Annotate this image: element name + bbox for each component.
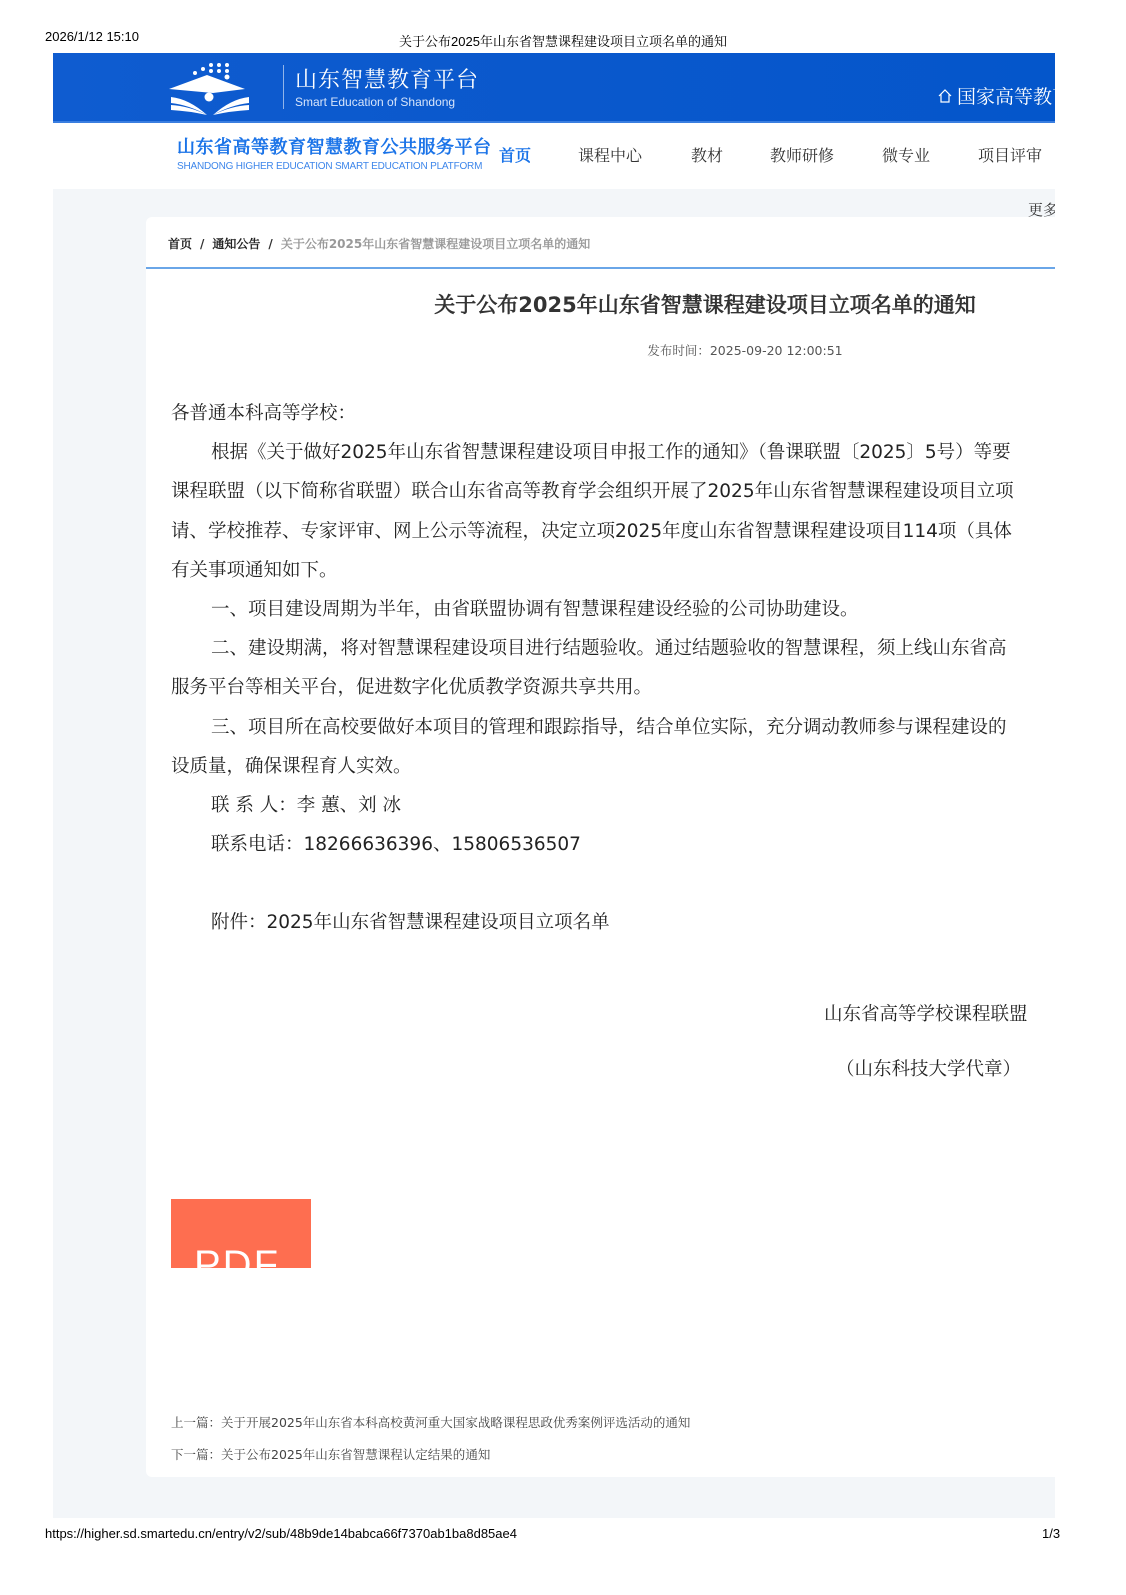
logo-divider xyxy=(283,65,284,109)
national-platform-label: 国家高等教育 xyxy=(957,82,1055,109)
print-header: 2026/1/12 15:10 关于公布2025年山东省智慧课程建设项目立项名单… xyxy=(0,0,1126,52)
home-icon xyxy=(937,88,953,104)
body-line: 有关事项通知如下。 xyxy=(171,551,1055,590)
national-platform-link[interactable]: 国家高等教育 xyxy=(937,82,1055,109)
contact-person: 联 系 人：李 蕙、刘 冰 xyxy=(171,786,1055,825)
pdf-icon-label: PDF xyxy=(194,1243,280,1268)
pdf-attachment-thumbnail[interactable]: PDF xyxy=(171,1199,311,1268)
article-body: 各普通本科高等学校： 根据《关于做好2025年山东省智慧课程建设项目申报工作的通… xyxy=(171,394,1055,943)
breadcrumb-current: 关于公布2025年山东省智慧课程建设项目立项名单的通知 xyxy=(281,237,590,251)
attachment-label: 附件：2025年山东省智慧课程建设项目立项名单 xyxy=(171,903,1055,942)
logo-title-cn[interactable]: 山东智慧教育平台 xyxy=(295,63,479,94)
prev-article-link[interactable]: 上一篇：关于开展2025年山东省本科高校黄河重大国家战略课程思政优秀案例评选活动… xyxy=(171,1413,690,1431)
signature-org: 山东省高等学校课程联盟 xyxy=(824,1000,1028,1026)
nav-item-micro-major[interactable]: 微专业 xyxy=(882,143,930,166)
print-page-number: 1/3 xyxy=(1042,1526,1060,1541)
salutation: 各普通本科高等学校： xyxy=(171,394,1055,433)
breadcrumb-separator: / xyxy=(200,237,204,251)
breadcrumb-home[interactable]: 首页 xyxy=(168,237,192,251)
publish-time: 发布时间：2025-09-20 12:00:51 xyxy=(146,341,1055,359)
platform-title-cn[interactable]: 山东省高等教育智慧教育公共服务平台 xyxy=(177,133,492,159)
item-3: 三、项目所在高校要做好本项目的管理和跟踪指导，结合单位实际，充分调动教师参与课程… xyxy=(171,708,1055,747)
body-line: 课程联盟（以下简称省联盟）联合山东省高等教育学会组织开展了2025年山东省智慧课… xyxy=(171,472,1055,511)
book-logo-icon[interactable] xyxy=(167,59,257,117)
print-footer: https://higher.sd.smartedu.cn/entry/v2/s… xyxy=(0,1518,1126,1595)
nav-item-course-center[interactable]: 课程中心 xyxy=(578,143,642,166)
article-title: 关于公布2025年山东省智慧课程建设项目立项名单的通知 xyxy=(146,289,1055,319)
next-article-link[interactable]: 下一篇：关于公布2025年山东省智慧课程认定结果的通知 xyxy=(171,1445,490,1463)
body-line: 请、学校推荐、专家评审、网上公示等流程，决定立项2025年度山东省智慧课程建设项… xyxy=(171,512,1055,551)
web-page: 山东智慧教育平台 Smart Education of Shandong 国家高… xyxy=(53,53,1055,1518)
nav-item-project-review[interactable]: 项目评审 xyxy=(978,143,1042,166)
signature-seal: （山东科技大学代章） xyxy=(836,1055,1021,1081)
logo-title-en: Smart Education of Shandong xyxy=(295,95,455,109)
breadcrumb: 首页/通知公告/关于公布2025年山东省智慧课程建设项目立项名单的通知 xyxy=(168,235,590,252)
breadcrumb-notices[interactable]: 通知公告 xyxy=(212,237,260,251)
article-card: 首页/通知公告/关于公布2025年山东省智慧课程建设项目立项名单的通知 关于公布… xyxy=(146,217,1055,1477)
nav-item-teacher-training[interactable]: 教师研修 xyxy=(770,143,834,166)
nav-item-home[interactable]: 首页 xyxy=(499,143,531,166)
print-url: https://higher.sd.smartedu.cn/entry/v2/s… xyxy=(45,1526,517,1541)
item-1: 一、项目建设周期为半年，由省联盟协调有智慧课程建设经验的公司协助建设。 xyxy=(171,590,1055,629)
platform-title-en: SHANDONG HIGHER EDUCATION SMART EDUCATIO… xyxy=(177,161,482,172)
item-2: 二、建设期满，将对智慧课程建设项目进行结题验收。通过结题验收的智慧课程，须上线山… xyxy=(171,629,1055,668)
spacer xyxy=(171,864,1055,903)
breadcrumb-divider xyxy=(146,267,1055,269)
main-nav: 山东省高等教育智慧教育公共服务平台 SHANDONG HIGHER EDUCAT… xyxy=(53,123,1055,189)
print-page-title: 关于公布2025年山东省智慧课程建设项目立项名单的通知 xyxy=(0,31,1126,50)
breadcrumb-separator: / xyxy=(268,237,272,251)
contact-phone: 联系电话：18266636396、15806536507 xyxy=(171,825,1055,864)
top-banner: 山东智慧教育平台 Smart Education of Shandong 国家高… xyxy=(53,53,1055,123)
nav-item-textbooks[interactable]: 教材 xyxy=(691,143,723,166)
body-line: 根据《关于做好2025年山东省智慧课程建设项目申报工作的通知》（鲁课联盟〔202… xyxy=(171,433,1055,472)
body-line: 服务平台等相关平台，促进数字化优质教学资源共享共用。 xyxy=(171,668,1055,707)
body-line: 设质量，确保课程育人实效。 xyxy=(171,747,1055,786)
